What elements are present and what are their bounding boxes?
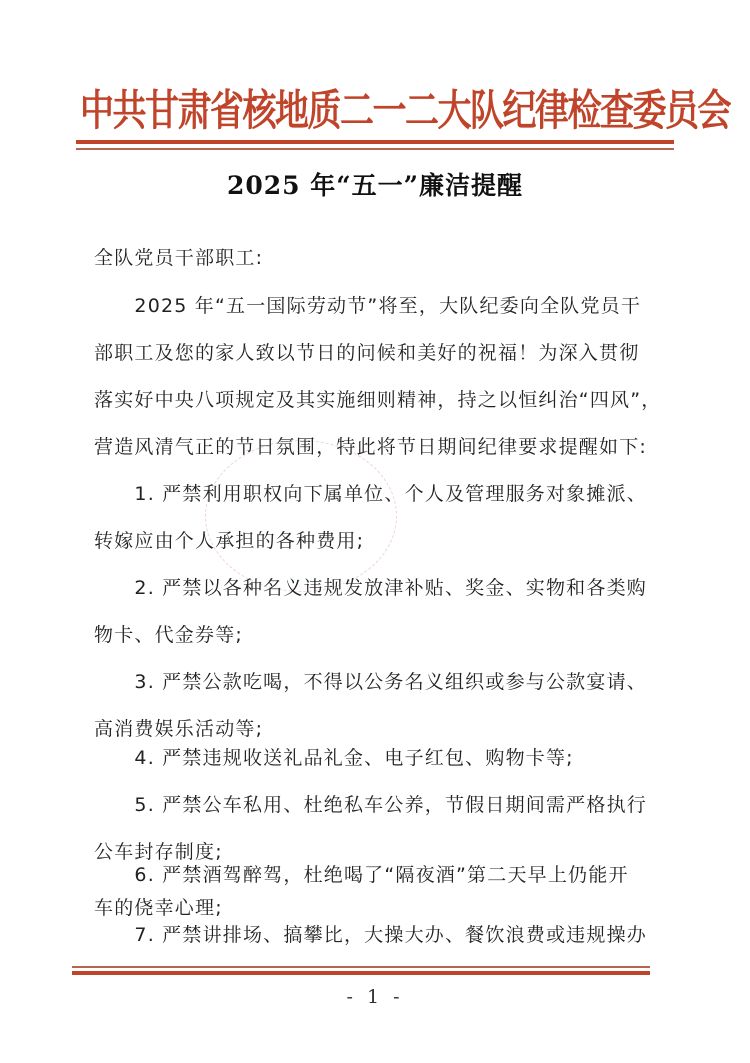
list-item-2-cont: 物卡、代金券等; bbox=[94, 620, 654, 647]
salutation: 全队党员干部职工: bbox=[94, 243, 654, 270]
footer-rule-thick bbox=[72, 971, 650, 975]
paragraph-line: 2025 年“五一国际劳动节”将至，大队纪委向全队党员干 bbox=[94, 291, 654, 318]
paragraph-line: 落实好中央八项规定及其实施细则精神，持之以恒纠治“四风”， bbox=[94, 385, 654, 412]
page-number: - 1 - bbox=[0, 986, 750, 1008]
list-item-7: 7. 严禁讲排场、搞攀比，大操大办、餐饮浪费或违规操办 bbox=[94, 920, 654, 947]
list-item-1: 1. 严禁利用职权向下属单位、个人及管理服务对象摊派、 bbox=[94, 479, 654, 506]
list-item-6-cont: 车的侥幸心理; bbox=[94, 893, 654, 920]
list-item-5: 5. 严禁公车私用、杜绝私车公养，节假日期间需严格执行 bbox=[94, 790, 654, 817]
faint-seal-mark bbox=[205, 440, 397, 592]
list-item-2: 2. 严禁以各种名义违规发放津补贴、奖金、实物和各类购 bbox=[94, 573, 654, 600]
paragraph-line: 部职工及您的家人致以节日的问候和美好的祝福！为深入贯彻 bbox=[94, 338, 654, 365]
list-item-3: 3. 严禁公款吃喝，不得以公务名义组织或参与公款宴请、 bbox=[94, 667, 654, 694]
list-item-3-cont: 高消费娱乐活动等; bbox=[94, 714, 654, 741]
organization-header: 中共甘肃省核地质二一二大队纪律检查委员会 bbox=[80, 86, 674, 136]
document-page: 中共甘肃省核地质二一二大队纪律检查委员会 2025 年“五一”廉洁提醒 全队党员… bbox=[0, 0, 750, 1063]
list-item-1-cont: 转嫁应由个人承担的各种费用; bbox=[94, 526, 654, 553]
document-title: 2025 年“五一”廉洁提醒 bbox=[0, 166, 750, 202]
paragraph-line: 营造风清气正的节日氛围，特此将节日期间纪律要求提醒如下: bbox=[94, 432, 654, 459]
list-item-6: 6. 严禁酒驾醉驾，杜绝喝了“隔夜酒”第二天早上仍能开 bbox=[94, 860, 654, 887]
footer-rule-thin bbox=[72, 966, 650, 968]
header-rule-thin bbox=[76, 148, 674, 150]
header-rule-thick bbox=[76, 140, 674, 144]
list-item-4: 4. 严禁违规收送礼品礼金、电子红包、购物卡等; bbox=[94, 743, 654, 770]
